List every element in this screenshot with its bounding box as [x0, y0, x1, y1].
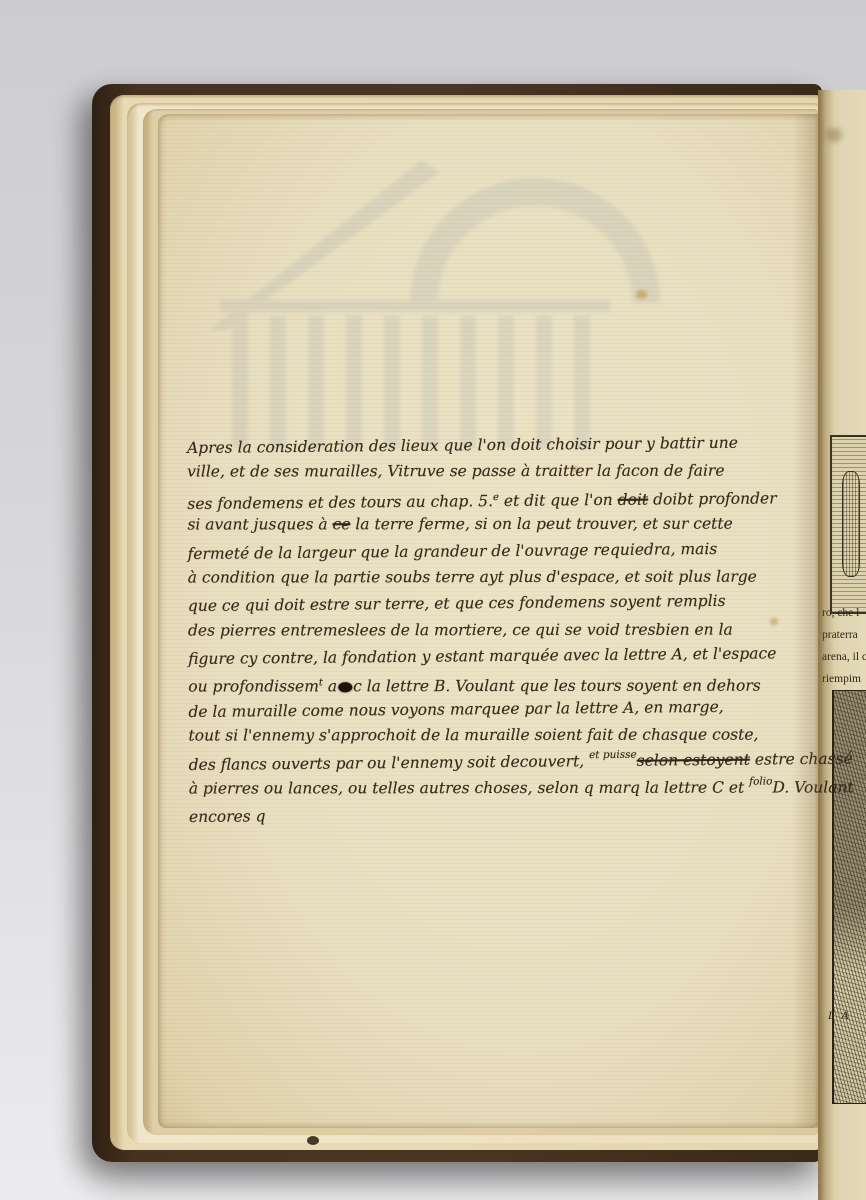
ink-speck	[307, 1136, 319, 1145]
interlinear-insertion: folio	[749, 776, 772, 788]
manuscript-line: si avant jusques à ce la terre ferme, si…	[187, 511, 817, 538]
show-through-columns	[232, 316, 592, 448]
manuscript-line: ou profondissemt ac la lettre B. Voulant…	[188, 669, 818, 696]
facing-page-sliver: ro, che l praterra arena, il c riempim L…	[818, 90, 866, 1200]
page-fold-shadow	[792, 114, 818, 1128]
show-through-dome	[410, 178, 660, 303]
interlinear-insertion: et puisse	[589, 748, 637, 760]
struck-word: ce	[333, 515, 351, 533]
show-through-architrave	[220, 300, 610, 312]
manuscript-line: figure cy contre, la fondation y estant …	[188, 640, 818, 672]
manuscript-line: des flancs ouverts par ou l'ennemy soit …	[189, 746, 819, 778]
woodcut-initial-figure	[842, 471, 860, 577]
foxing-spot	[636, 290, 647, 299]
manuscript-line: ses fondemens et des tours au chap. 5.e …	[187, 482, 817, 514]
photo-backdrop: ro, che l praterra arena, il c riempim L…	[0, 0, 866, 1200]
manuscript-line: que ce qui doit estre sur terre, et que …	[188, 587, 818, 619]
gutter-fold-shadow	[818, 90, 834, 1200]
manuscript-line: de la muraille come nous voyons marquee …	[188, 693, 818, 725]
manuscript-page: Apres la consideration des lieux que l'o…	[158, 114, 818, 1128]
show-through-engraving	[210, 148, 650, 448]
ink-blot	[338, 682, 352, 692]
manuscript-line: ville, et de ses murailles, Vitruve se p…	[187, 458, 817, 485]
manuscript-line: tout si l'ennemy s'approchoit de la mura…	[189, 722, 819, 749]
woodcut-initial	[830, 435, 866, 614]
manuscript-line: encores q	[189, 798, 819, 830]
manuscript-line: à condition que la partie soubs terre ay…	[188, 563, 818, 590]
manuscript-line: des pierres entremeslees de la mortiere,…	[188, 616, 818, 643]
struck-words: selon estoyent	[637, 750, 750, 769]
manuscript-line: fermeté de la largeur que la grandeur de…	[187, 535, 817, 567]
manuscript-line: Apres la consideration des lieux que l'o…	[187, 429, 817, 461]
manuscript-text: Apres la consideration des lieux que l'o…	[187, 430, 819, 829]
struck-word: doit	[618, 490, 649, 508]
